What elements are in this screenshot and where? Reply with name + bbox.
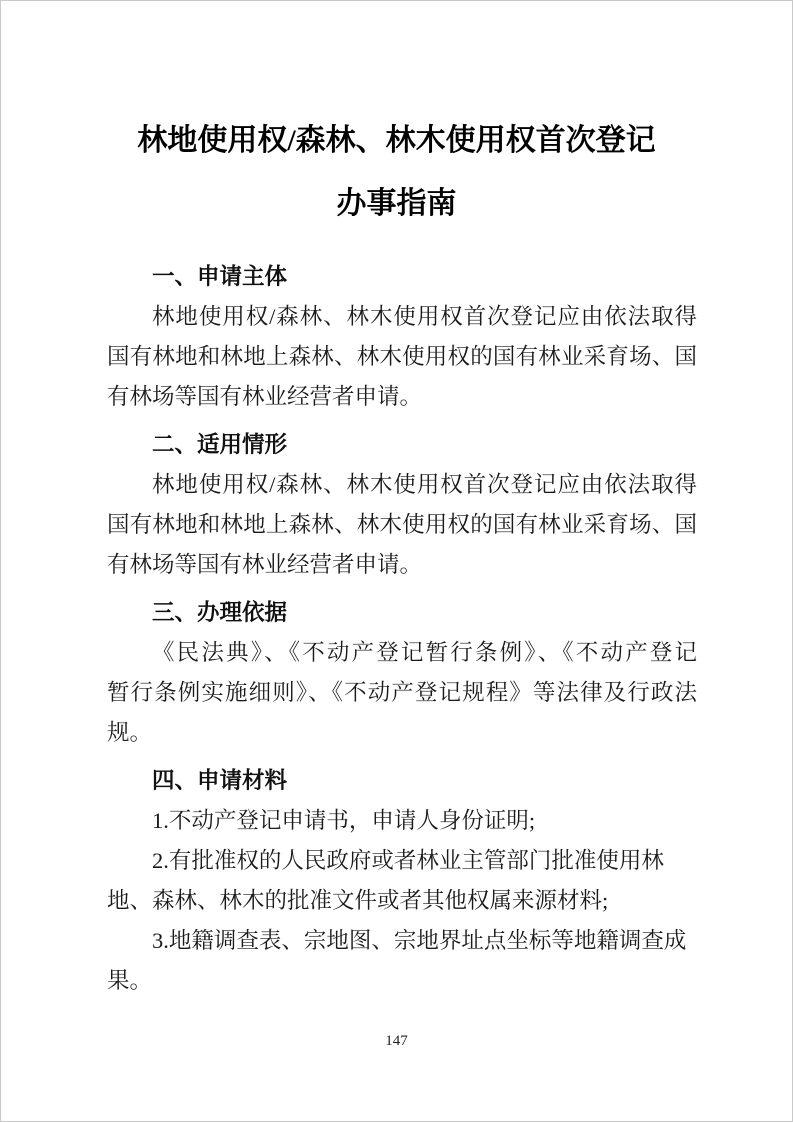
list-item-line: 2.有批准权的人民政府或者林业主管部门批准使用林 [107,841,697,881]
list-item-line: 地、森林、林木的批准文件或者其他权属来源材料; [107,881,697,921]
paragraph-line: 有林场等国有林业经营者申请。 [107,377,697,417]
paragraph-line: 《民法典》、《不动产登记暂行条例》、《不动产登记 [107,633,697,673]
section-heading-application-subject: 一、申请主体 [107,257,697,297]
paragraph-line: 林地使用权/森林、林木使用权首次登记应由依法取得 [107,465,697,505]
section-heading-processing-basis: 三、办理依据 [107,593,697,633]
paragraph-line: 暂行条例实施细则》、《不动产登记规程》等法律及行政法 [107,673,697,713]
paragraph-line: 国有林地和林地上森林、林木使用权的国有林业采育场、国 [107,505,697,545]
list-item-line: 1.不动产登记申请书，申请人身份证明; [107,801,697,841]
paragraph-line: 林地使用权/森林、林木使用权首次登记应由依法取得 [107,297,697,337]
section-heading-applicable-situations: 二、适用情形 [107,425,697,465]
paragraph-line: 有林场等国有林业经营者申请。 [107,545,697,585]
document-title-line2: 办事指南 [1,172,792,235]
page-number: 147 [1,1031,792,1051]
document-body: 一、申请主体 林地使用权/森林、林木使用权首次登记应由依法取得 国有林地和林地上… [107,257,697,1001]
document-title: 林地使用权/森林、林木使用权首次登记 办事指南 [1,109,792,235]
paragraph-line: 国有林地和林地上森林、林木使用权的国有林业采育场、国 [107,337,697,377]
paragraph-line: 规。 [107,713,697,753]
list-item-line: 3.地籍调查表、宗地图、宗地界址点坐标等地籍调查成 [107,921,697,961]
document-title-line1: 林地使用权/森林、林木使用权首次登记 [1,109,792,172]
document-page: 林地使用权/森林、林木使用权首次登记 办事指南 一、申请主体 林地使用权/森林、… [0,0,793,1122]
section-heading-application-materials: 四、申请材料 [107,761,697,801]
list-item-line: 果。 [107,961,697,1001]
